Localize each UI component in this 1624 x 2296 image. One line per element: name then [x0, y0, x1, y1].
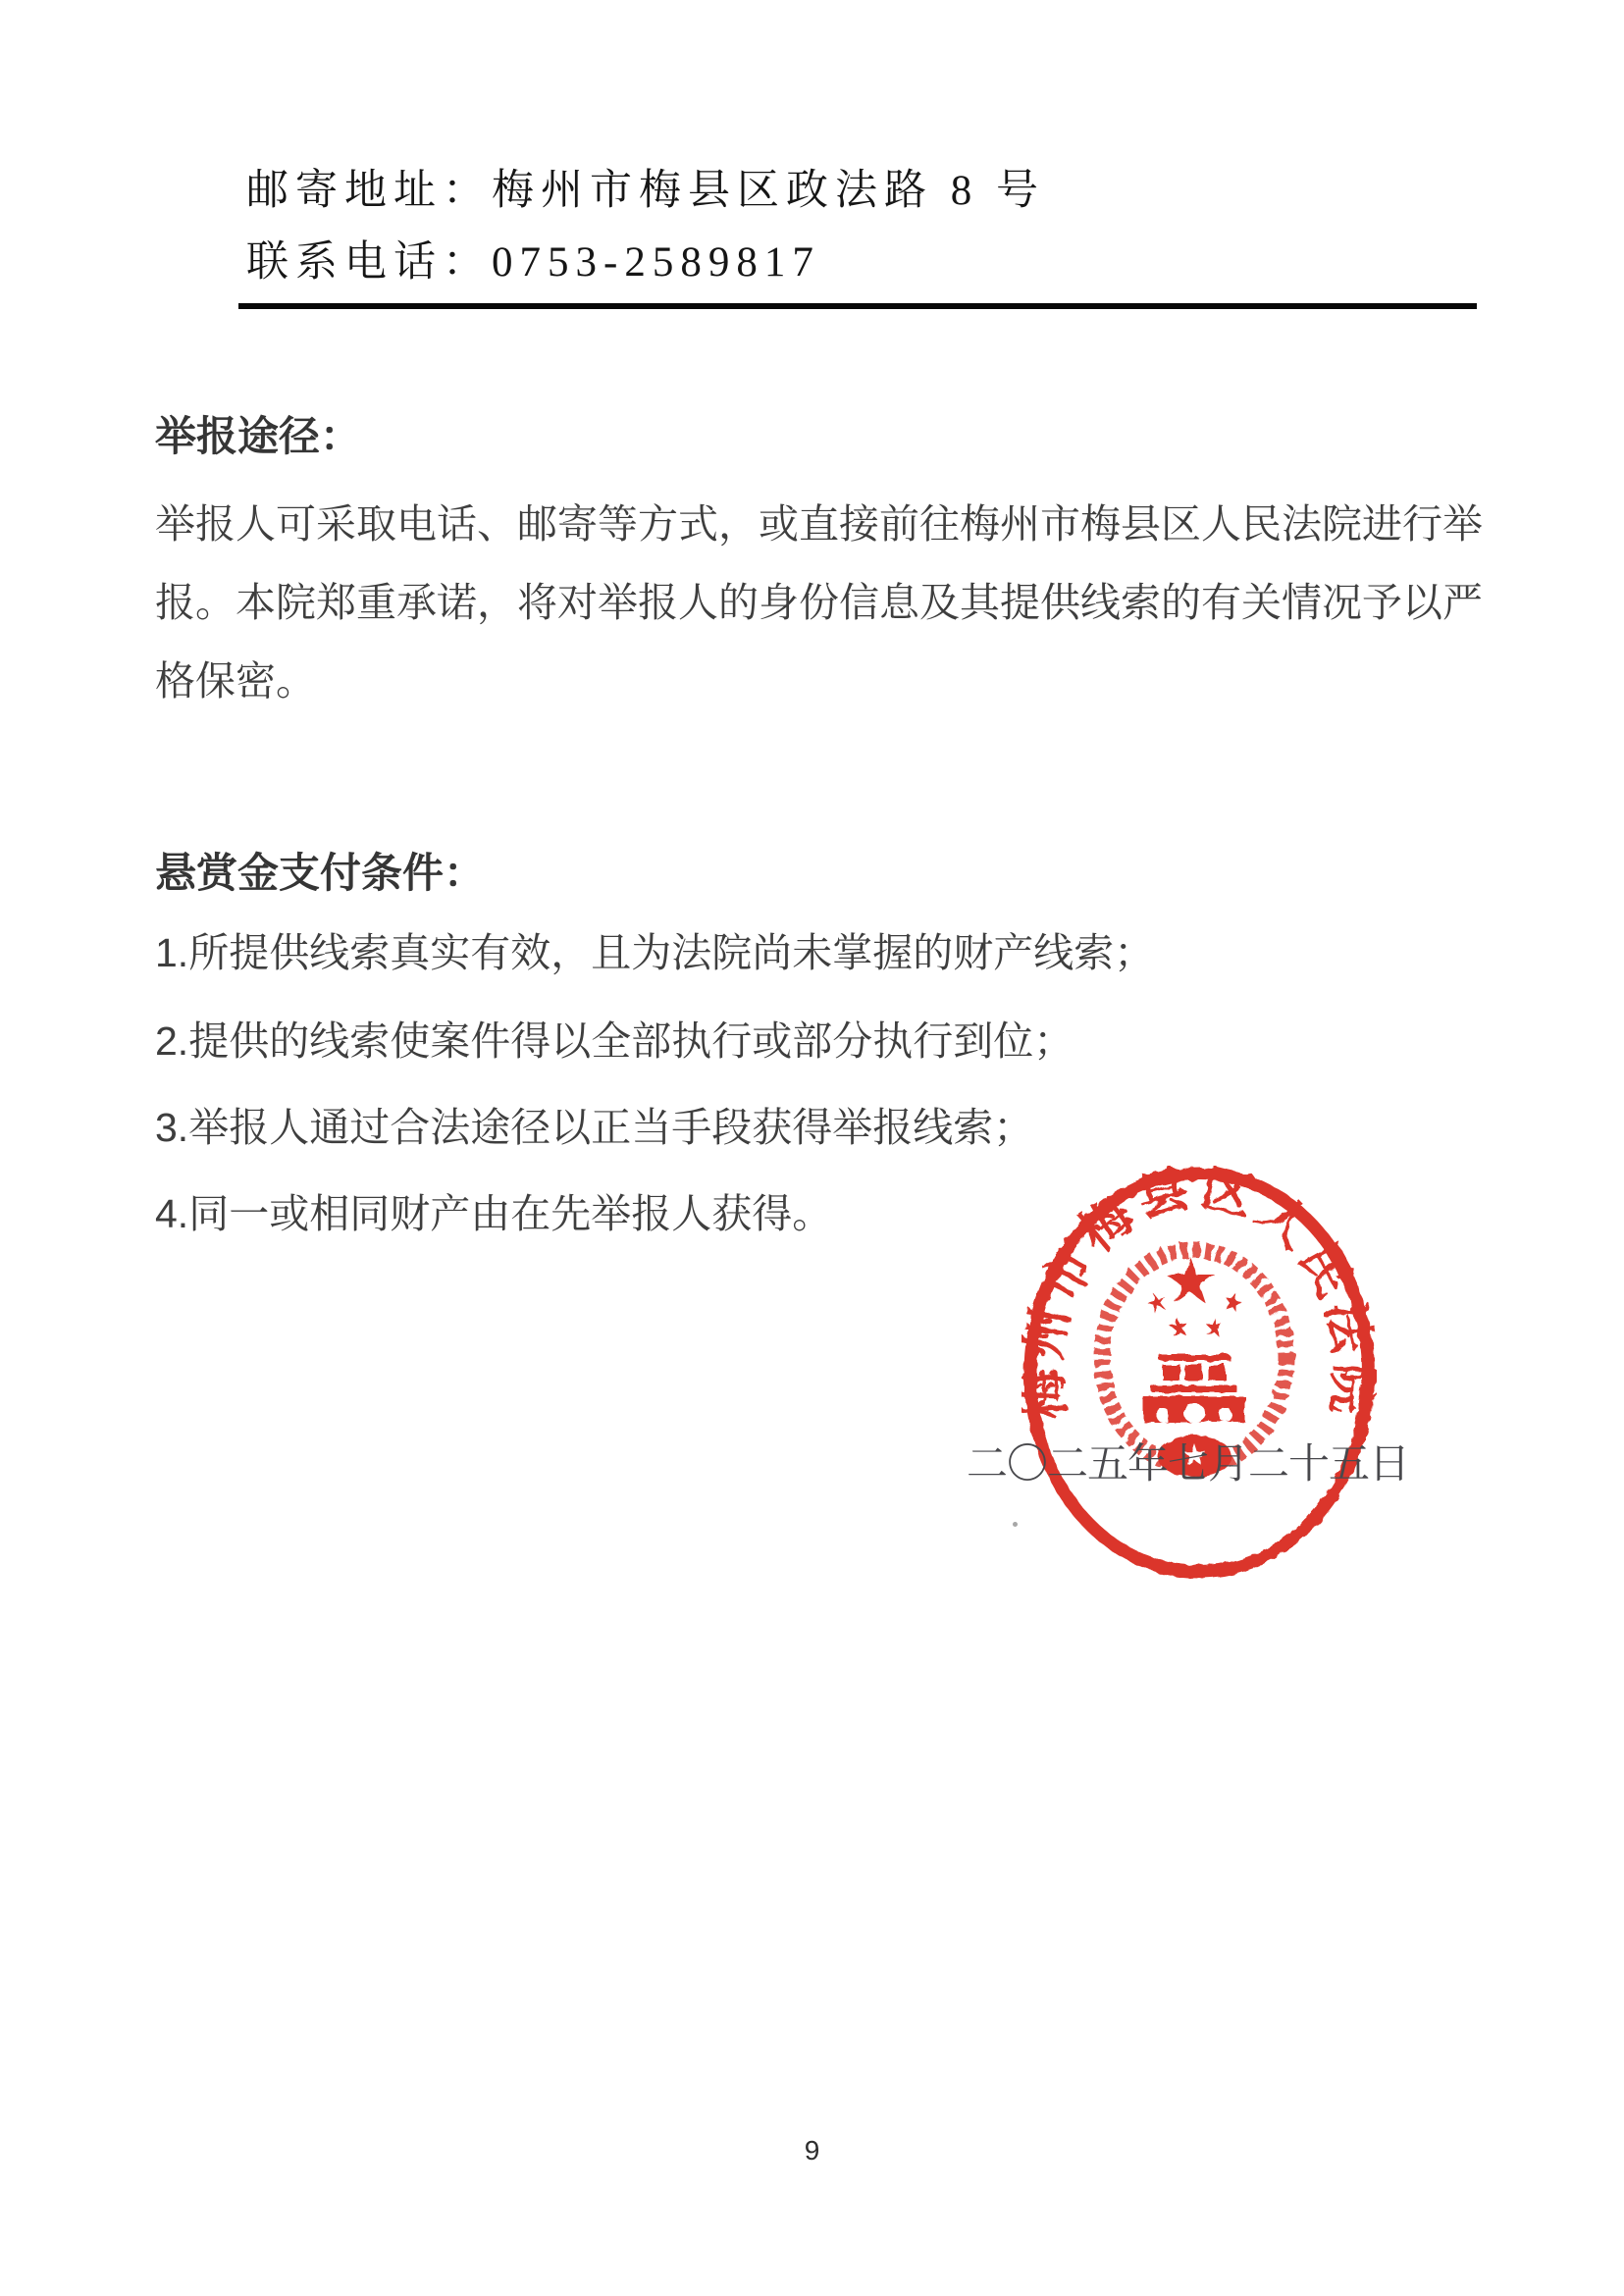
small-star-icon — [1168, 1317, 1188, 1337]
mailing-address-line: 邮寄地址：梅州市梅县区政法路 8 号 — [246, 167, 1045, 216]
ink-speck — [1013, 1522, 1018, 1527]
small-star-icon — [1203, 1317, 1224, 1337]
divider-rule — [238, 303, 1477, 309]
contact-phone-line: 联系电话：0753-2589817 — [246, 238, 820, 287]
seal-graphic: 梅州市梅县区人民法院 — [1022, 1166, 1377, 1572]
small-star-icon — [1222, 1291, 1245, 1314]
small-star-icon — [1145, 1291, 1169, 1314]
reward-conditions-heading: 悬赏金支付条件： — [155, 851, 485, 896]
reward-condition-item: 1.所提供线索真实有效，且为法院尚未掌握的财产线索； — [155, 930, 1154, 975]
court-seal: 梅州市梅县区人民法院 — [1022, 1166, 1377, 1582]
report-paragraph-line: 格保密。 — [155, 658, 316, 704]
report-paragraph-line: 举报人可采取电话、邮寄等方式，或直接前往梅州市梅县区人民法院进行举 — [155, 501, 1483, 547]
report-channels-heading: 举报途径： — [155, 414, 361, 459]
report-paragraph-line: 报。本院郑重承诺，将对举报人的身份信息及其提供线索的有关情况予以严 — [155, 580, 1483, 625]
reward-condition-item: 4.同一或相同财产由在先举报人获得。 — [155, 1191, 832, 1236]
document-date: 二〇二五年七月二十五日 — [967, 1440, 1409, 1487]
document-page: 邮寄地址：梅州市梅县区政法路 8 号 联系电话：0753-2589817 举报途… — [0, 0, 1624, 2296]
big-star-icon — [1166, 1257, 1214, 1303]
reward-condition-item: 3.举报人通过合法途径以正当手段获得举报线索； — [155, 1105, 1033, 1150]
page-number: 9 — [0, 2135, 1624, 2166]
reward-condition-item: 2.提供的线索使案件得以全部执行或部分执行到位； — [155, 1018, 1074, 1064]
tiananmen-gate-icon — [1143, 1354, 1245, 1422]
